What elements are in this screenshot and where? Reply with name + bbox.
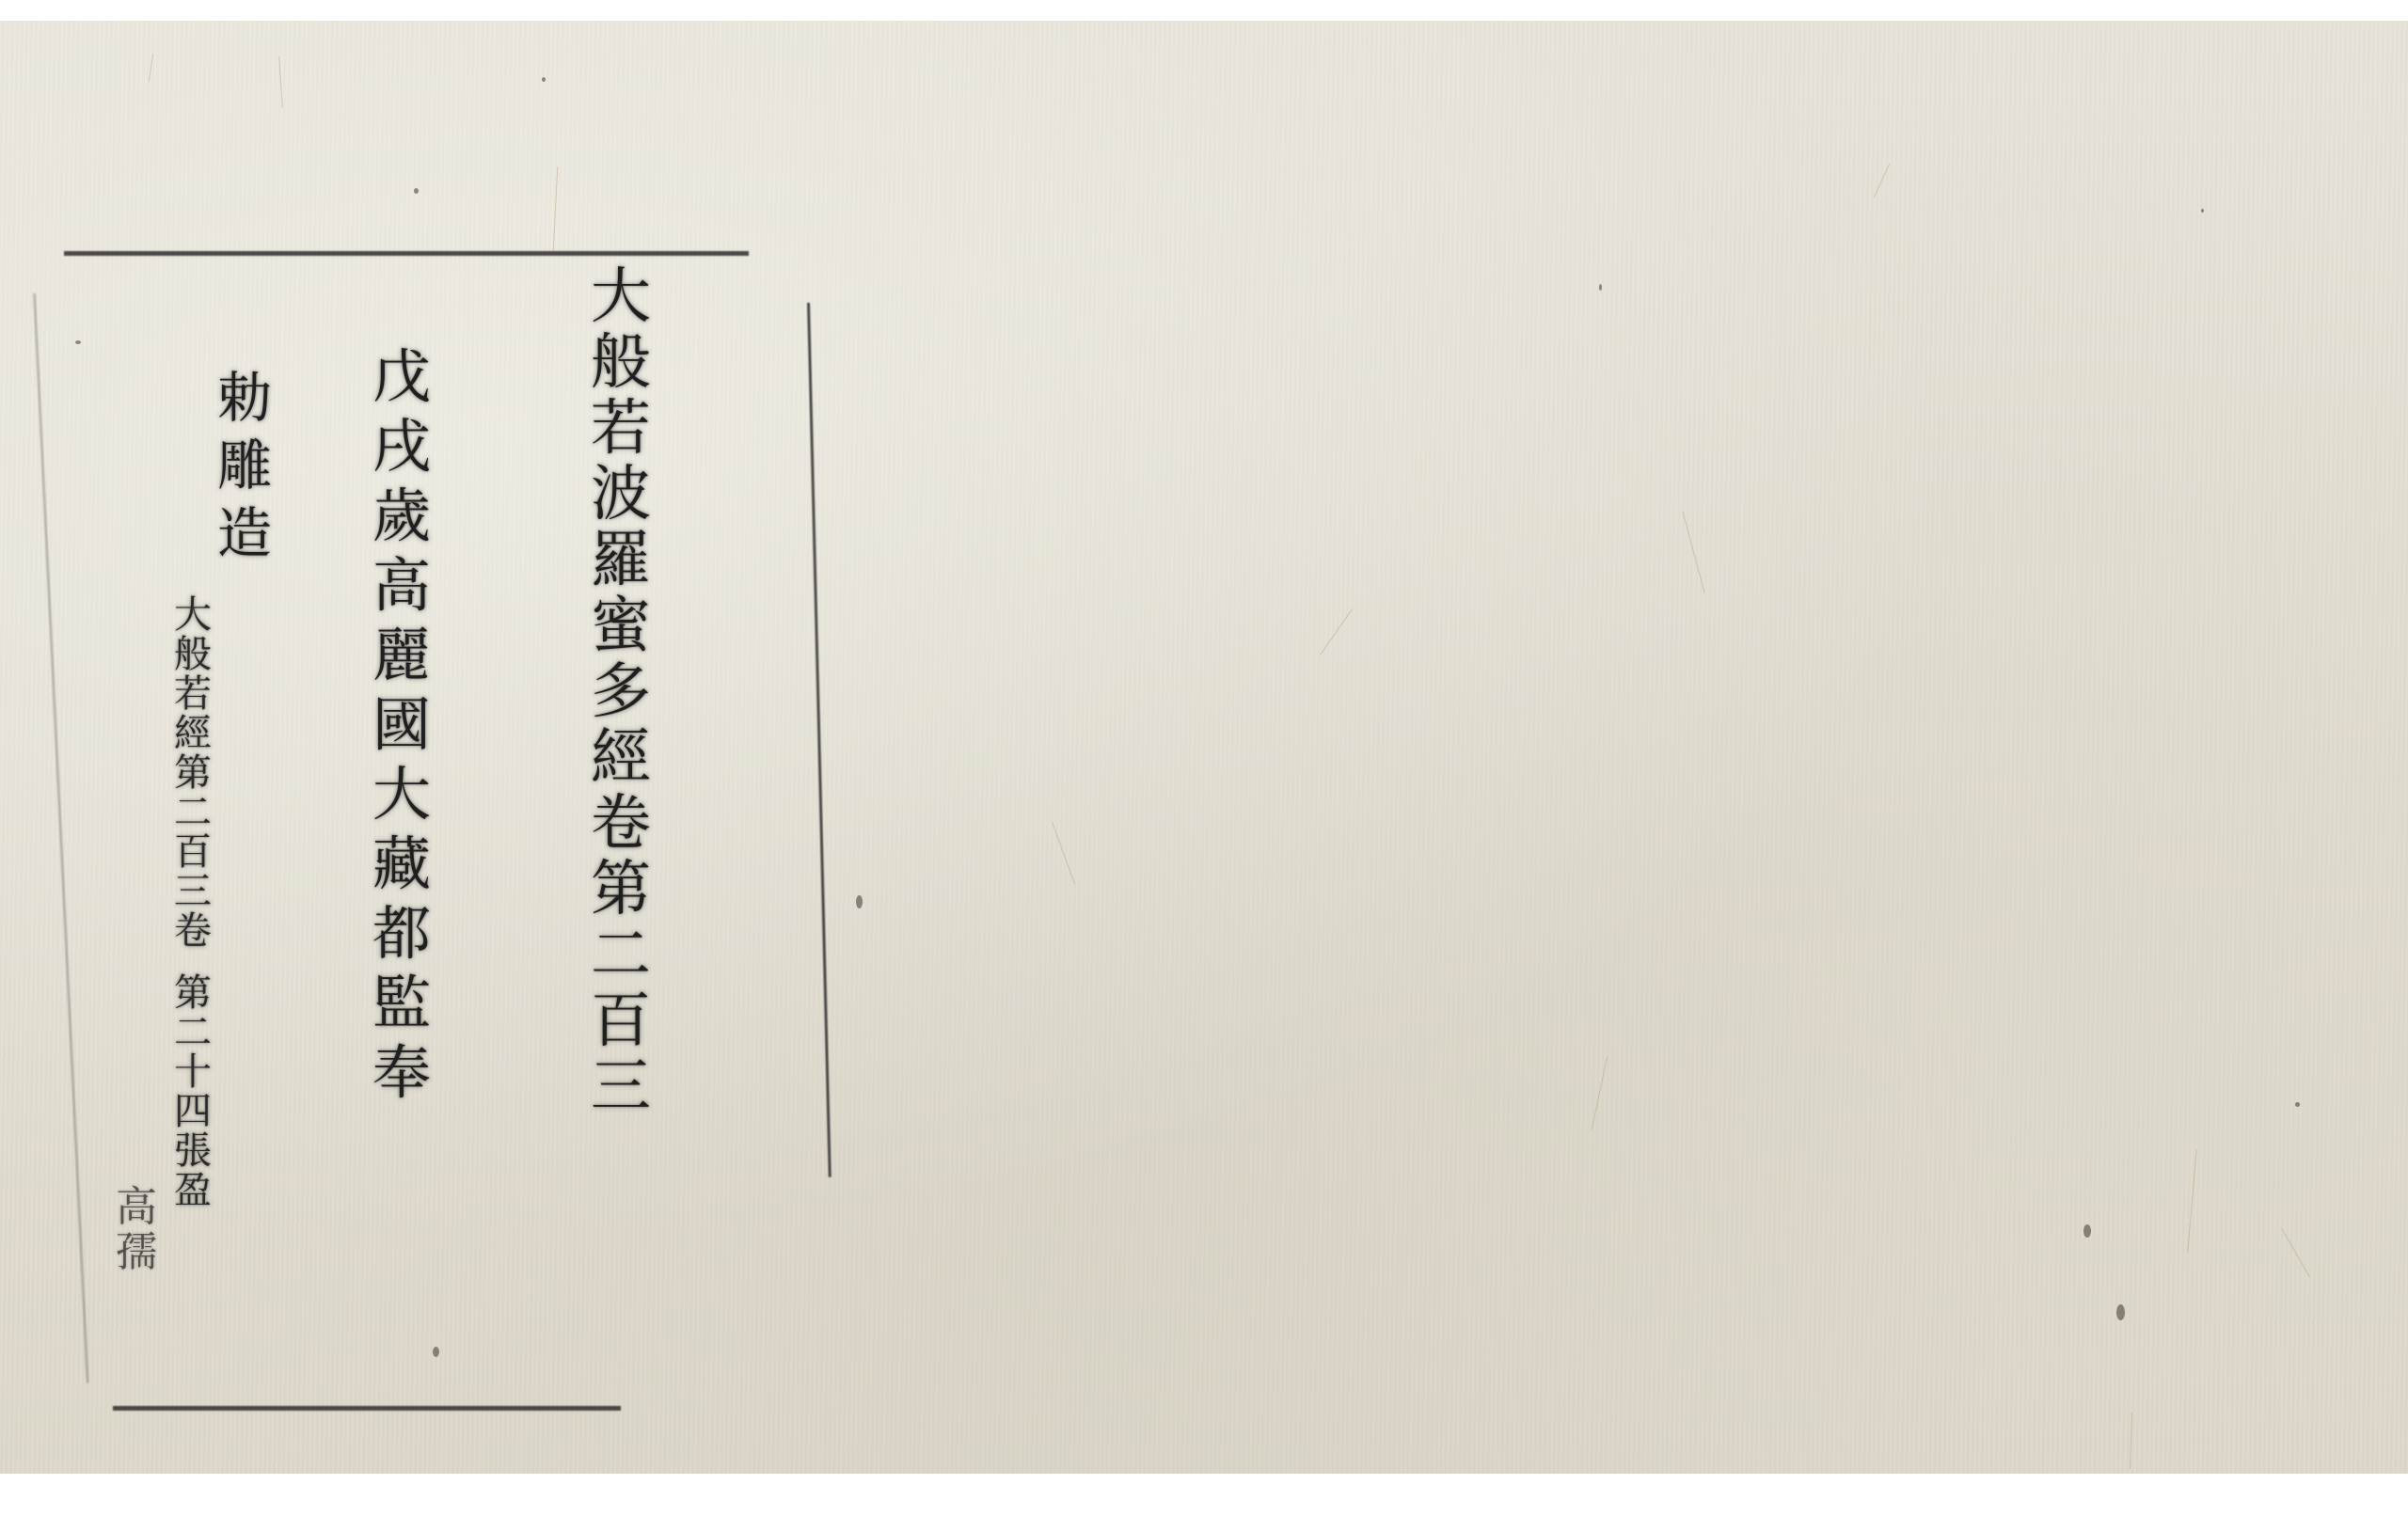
paper-fiber — [149, 54, 153, 82]
top-border-rule — [64, 251, 749, 256]
note-char: 經 — [174, 715, 212, 752]
paper-speck — [414, 188, 419, 194]
title-char: 三 — [591, 1057, 651, 1117]
title-char: 第 — [591, 860, 651, 920]
note-char: 四 — [174, 1093, 212, 1130]
title-char: 大 — [591, 267, 651, 327]
note-char: 十 — [174, 1053, 212, 1091]
paper-speck — [2116, 1304, 2125, 1320]
note-char: 三 — [174, 873, 212, 910]
paper-fiber — [278, 56, 283, 108]
paper-fiber — [1682, 511, 1704, 592]
note-char: 第 — [174, 974, 212, 1012]
paper-speck — [75, 340, 81, 344]
note-char: 二 — [174, 794, 212, 831]
paper-speck — [2295, 1102, 2300, 1107]
note-char: 大 — [174, 596, 212, 634]
paper-fiber — [1874, 164, 1891, 198]
note-char: 張 — [174, 1132, 212, 1170]
dedication-column: 戊 戌 歲 高 麗 國 大 藏 都 監 奉 — [350, 348, 453, 1102]
title-char: 蜜 — [591, 596, 651, 656]
note-char: 若 — [174, 675, 212, 713]
dedication-char: 都 — [372, 905, 431, 963]
dedication-char: 高 — [372, 557, 431, 615]
signature-char: 孺 — [116, 1232, 157, 1273]
carver-signature: 高 孺 — [108, 1187, 165, 1273]
title-char: 二 — [591, 925, 651, 986]
paper-fiber — [1052, 822, 1075, 884]
title-char: 若 — [591, 399, 651, 459]
note-char: 百 — [174, 833, 212, 871]
title-char: 百 — [591, 991, 651, 1051]
edict-char: 勅 — [217, 371, 272, 425]
dedication-char: 歲 — [372, 487, 431, 545]
note-char: 卷 — [174, 912, 212, 950]
paper-speck — [542, 77, 546, 82]
title-char: 經 — [591, 728, 651, 788]
note-char: 二 — [174, 1014, 212, 1051]
bottom-border-rule — [113, 1406, 621, 1411]
dedication-char: 藏 — [372, 835, 431, 893]
title-column: 大 般 若 波 羅 蜜 多 經 卷 第 二 百 三 — [564, 267, 677, 1117]
paper-fiber — [1592, 1056, 1608, 1129]
paper-sheet: 大 般 若 波 羅 蜜 多 經 卷 第 二 百 三 戊 戌 歲 高 麗 國 大 … — [0, 21, 2408, 1474]
paper-speck — [433, 1347, 439, 1357]
dedication-char: 奉 — [372, 1044, 431, 1102]
title-char: 多 — [591, 662, 651, 722]
title-char: 般 — [591, 333, 651, 393]
title-char: 卷 — [591, 794, 651, 854]
paper-fiber — [2187, 1149, 2197, 1253]
paper-fiber — [2281, 1228, 2310, 1277]
title-char: 波 — [591, 465, 651, 525]
paper-fiber — [553, 166, 559, 251]
edict-char: 雕 — [217, 438, 272, 493]
note-char: 般 — [174, 636, 212, 673]
paper-speck — [2083, 1224, 2091, 1238]
signature-char: 高 — [116, 1187, 157, 1228]
dedication-char: 麗 — [372, 626, 431, 685]
edict-char: 造 — [217, 506, 272, 560]
note-char: 盈 — [174, 1172, 212, 1209]
dedication-char: 監 — [372, 974, 431, 1033]
dedication-char: 戌 — [372, 418, 431, 476]
marginal-note-column: 大 般 若 經 第 二 百 三 卷 第 二 十 四 張 盈 — [160, 596, 226, 1209]
title-char: 羅 — [591, 530, 651, 591]
paper-fiber — [2130, 1413, 2132, 1469]
left-border-rule — [33, 293, 89, 1383]
dedication-char: 國 — [372, 696, 431, 754]
paper-speck — [1599, 284, 1602, 291]
note-char: 第 — [174, 754, 212, 792]
edict-column: 勅 雕 造 — [198, 371, 292, 560]
dedication-char: 戊 — [372, 348, 431, 406]
paper-speck — [856, 895, 863, 908]
paper-fiber — [1320, 608, 1353, 655]
right-border-rule — [807, 303, 832, 1177]
paper-speck — [2201, 209, 2204, 213]
dedication-char: 大 — [372, 765, 431, 824]
